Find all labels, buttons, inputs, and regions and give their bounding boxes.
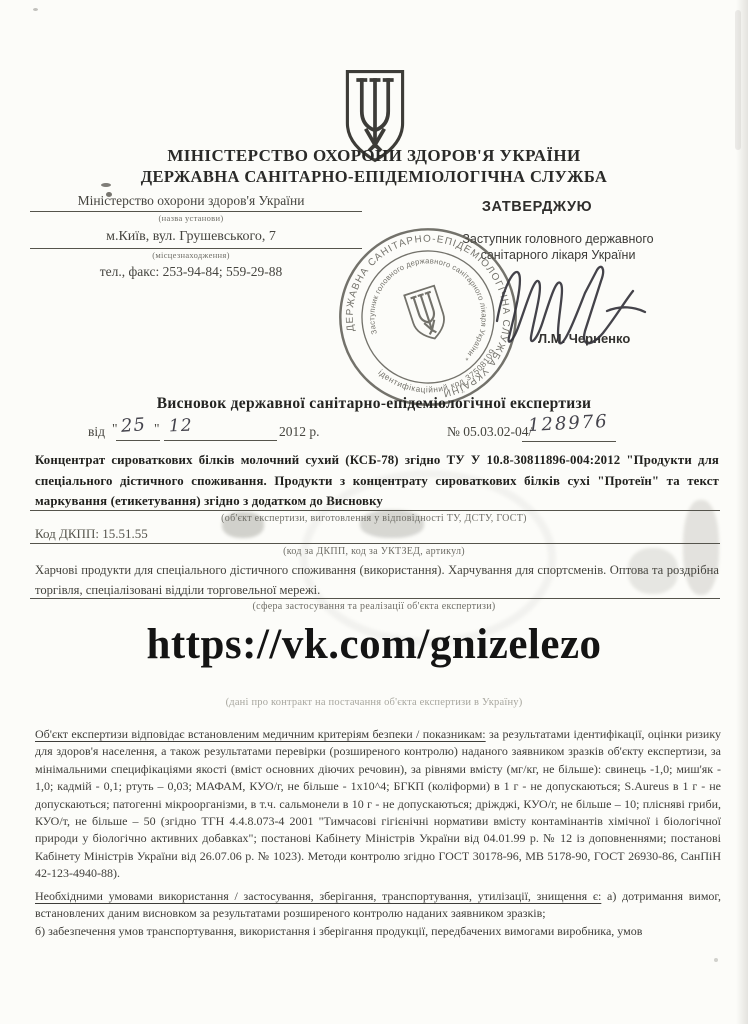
expertise-object-description: Концентрат сироваткових білків молочний …	[35, 450, 719, 512]
criteria-lead: Об'єкт експертизи відповідає встановлени…	[35, 727, 486, 741]
date-close-quote: "	[154, 421, 160, 437]
conditions-paragraph: Необхідними умовами використання / засто…	[35, 888, 721, 940]
stamp-trident-icon	[404, 286, 449, 344]
approval-label: ЗАТВЕРДЖУЮ	[422, 199, 652, 215]
date-month-handwritten: 12	[169, 416, 193, 437]
divider-line	[30, 598, 720, 599]
date-from-label: від	[88, 424, 105, 440]
expertise-object-caption: (об'єкт експертизи, виготовлення у відпо…	[0, 513, 748, 524]
divider-line	[30, 211, 362, 212]
document-number-line	[522, 441, 616, 442]
ministry-header: МІНІСТЕРСТВО ОХОРОНИ ЗДОРОВ'Я УКРАЇНИ	[0, 146, 748, 166]
criteria-body: за результатами ідентифікації, оцінки ри…	[35, 727, 721, 880]
criteria-paragraph: Об'єкт експертизи відповідає встановлени…	[35, 726, 721, 883]
divider-line	[30, 248, 362, 249]
document-number-handwritten: 128976	[528, 411, 610, 436]
vk-watermark-url: https://vk.com/gnizelezo	[0, 620, 748, 669]
date-open-quote: "	[112, 421, 118, 437]
conditions-item-b: б) забезпечення умов транспортування, ви…	[35, 923, 721, 940]
conditions-lead: Необхідними умовами використання / засто…	[35, 889, 601, 903]
date-year: 2012 р.	[279, 424, 320, 440]
approver-signature	[487, 249, 677, 367]
document-page: МІНІСТЕРСТВО ОХОРОНИ ЗДОРОВ'Я УКРАЇНИ ДЕ…	[0, 0, 748, 1024]
issuer-name-caption: (назва установи)	[35, 213, 347, 223]
divider-line	[30, 543, 720, 544]
issuer-address: м.Київ, вул. Грушевського, 7	[35, 229, 347, 245]
document-title: Висновок державної санітарно-епідеміолог…	[0, 395, 748, 413]
contract-caption: (дані про контракт на постачання об'єкта…	[0, 697, 748, 708]
scan-speck	[714, 958, 718, 962]
document-number-label: № 05.03.02-04/	[447, 424, 532, 440]
application-scope: Харчові продукти для спеціального дістич…	[35, 561, 719, 600]
issuer-name: Міністерство охорони здоров'я України	[35, 193, 347, 209]
issuer-phone: тел., факс: 253-94-84; 559-29-88	[35, 264, 347, 280]
date-day-handwritten: 25	[120, 414, 146, 437]
date-month-line	[164, 440, 277, 441]
issuer-address-caption: (місцезнаходження)	[35, 250, 347, 260]
divider-line	[30, 510, 720, 511]
scan-speck	[735, 10, 741, 150]
application-scope-caption: (сфера застосування та реалізації об'єкт…	[0, 601, 748, 612]
dkpp-code: Код ДКПП: 15.51.55	[35, 526, 148, 542]
scan-speck	[33, 8, 38, 11]
service-header: ДЕРЖАВНА САНІТАРНО-ЕПІДЕМІОЛОГІЧНА СЛУЖБ…	[0, 167, 748, 187]
dkpp-caption: (код за ДКПП, код за УКТЗЕД, артикул)	[0, 546, 748, 557]
date-day-line	[116, 440, 160, 441]
